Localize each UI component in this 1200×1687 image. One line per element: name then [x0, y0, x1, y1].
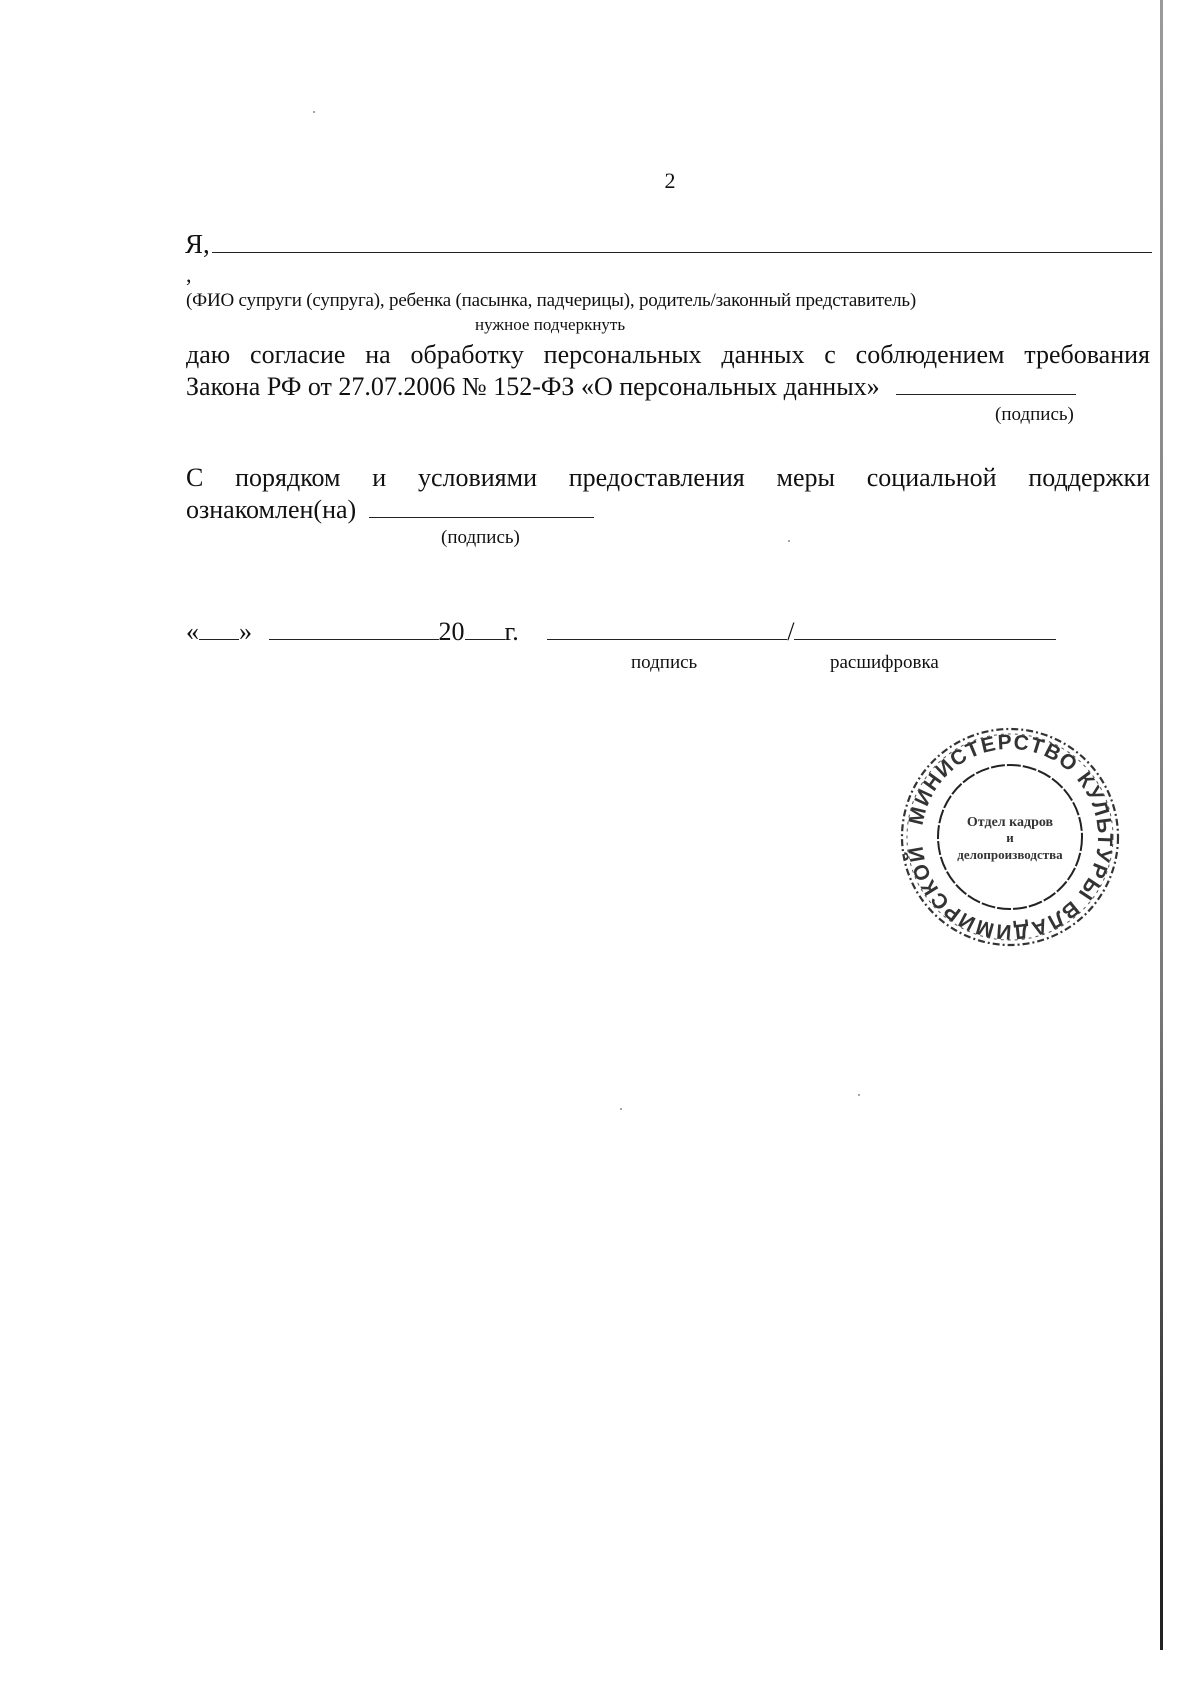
open-quote: « — [186, 617, 199, 646]
signature-caption: подпись — [631, 652, 697, 674]
year-suffix: г. — [505, 617, 519, 646]
comma-mark: , — [186, 262, 192, 288]
underline-note: нужное подчеркнуть — [475, 315, 625, 335]
acknowledgement-line-1: С порядком и условиями предоставления ме… — [186, 463, 1150, 493]
consent-paragraph: даю согласие на обработку персональных д… — [186, 340, 1150, 402]
month-field[interactable] — [269, 617, 439, 640]
close-quote: » — [239, 617, 252, 646]
consent-signature-field[interactable] — [896, 370, 1076, 395]
scan-speck — [788, 540, 790, 542]
consent-line-2: Закона РФ от 27.07.2006 № 152-ФЗ «О перс… — [186, 372, 880, 401]
slash-separator: / — [787, 617, 794, 646]
name-line: Я, — [185, 226, 1152, 260]
scan-speck — [313, 111, 315, 113]
ya-prefix: Я, — [185, 229, 210, 259]
decoding-caption: расшифровка — [830, 652, 939, 674]
scan-speck — [858, 1094, 860, 1096]
stamp-center-line-1: Отдел кадров — [967, 815, 1054, 830]
scan-edge-rule — [1160, 0, 1163, 1650]
acknowledgement-signature-caption: (подпись) — [441, 527, 520, 549]
acknowledgement-signature-field[interactable] — [369, 493, 594, 518]
date-signature-line: «» 20г. / — [186, 617, 1056, 647]
day-field[interactable] — [199, 617, 239, 640]
consent-line-1: даю согласие на обработку персональных д… — [186, 340, 1150, 370]
stamp-center-line-2: и — [1006, 830, 1014, 845]
stamp-center-line-3: делопроизводства — [957, 847, 1063, 862]
decoding-field[interactable] — [794, 617, 1056, 640]
scan-speck — [620, 1108, 622, 1110]
year-prefix: 20 — [439, 617, 465, 646]
consent-signature-caption: (подпись) — [995, 404, 1074, 426]
page-number: 2 — [0, 168, 1200, 194]
fio-caption: (ФИО супруги (супруга), ребенка (пасынка… — [186, 290, 916, 312]
acknowledgement-line-2: ознакомлен(на) — [186, 495, 356, 524]
signature-field[interactable] — [547, 617, 787, 640]
name-blank-field[interactable] — [212, 226, 1152, 253]
year-field[interactable] — [465, 617, 505, 640]
acknowledgement-paragraph: С порядком и условиями предоставления ме… — [186, 463, 1150, 525]
stamp-seal-icon: МИНИСТЕРСТВО КУЛЬТУРЫ ВЛАДИМИРСКОЙ ОБЛАС… — [895, 722, 1125, 952]
official-stamp: МИНИСТЕРСТВО КУЛЬТУРЫ ВЛАДИМИРСКОЙ ОБЛАС… — [895, 722, 1125, 952]
